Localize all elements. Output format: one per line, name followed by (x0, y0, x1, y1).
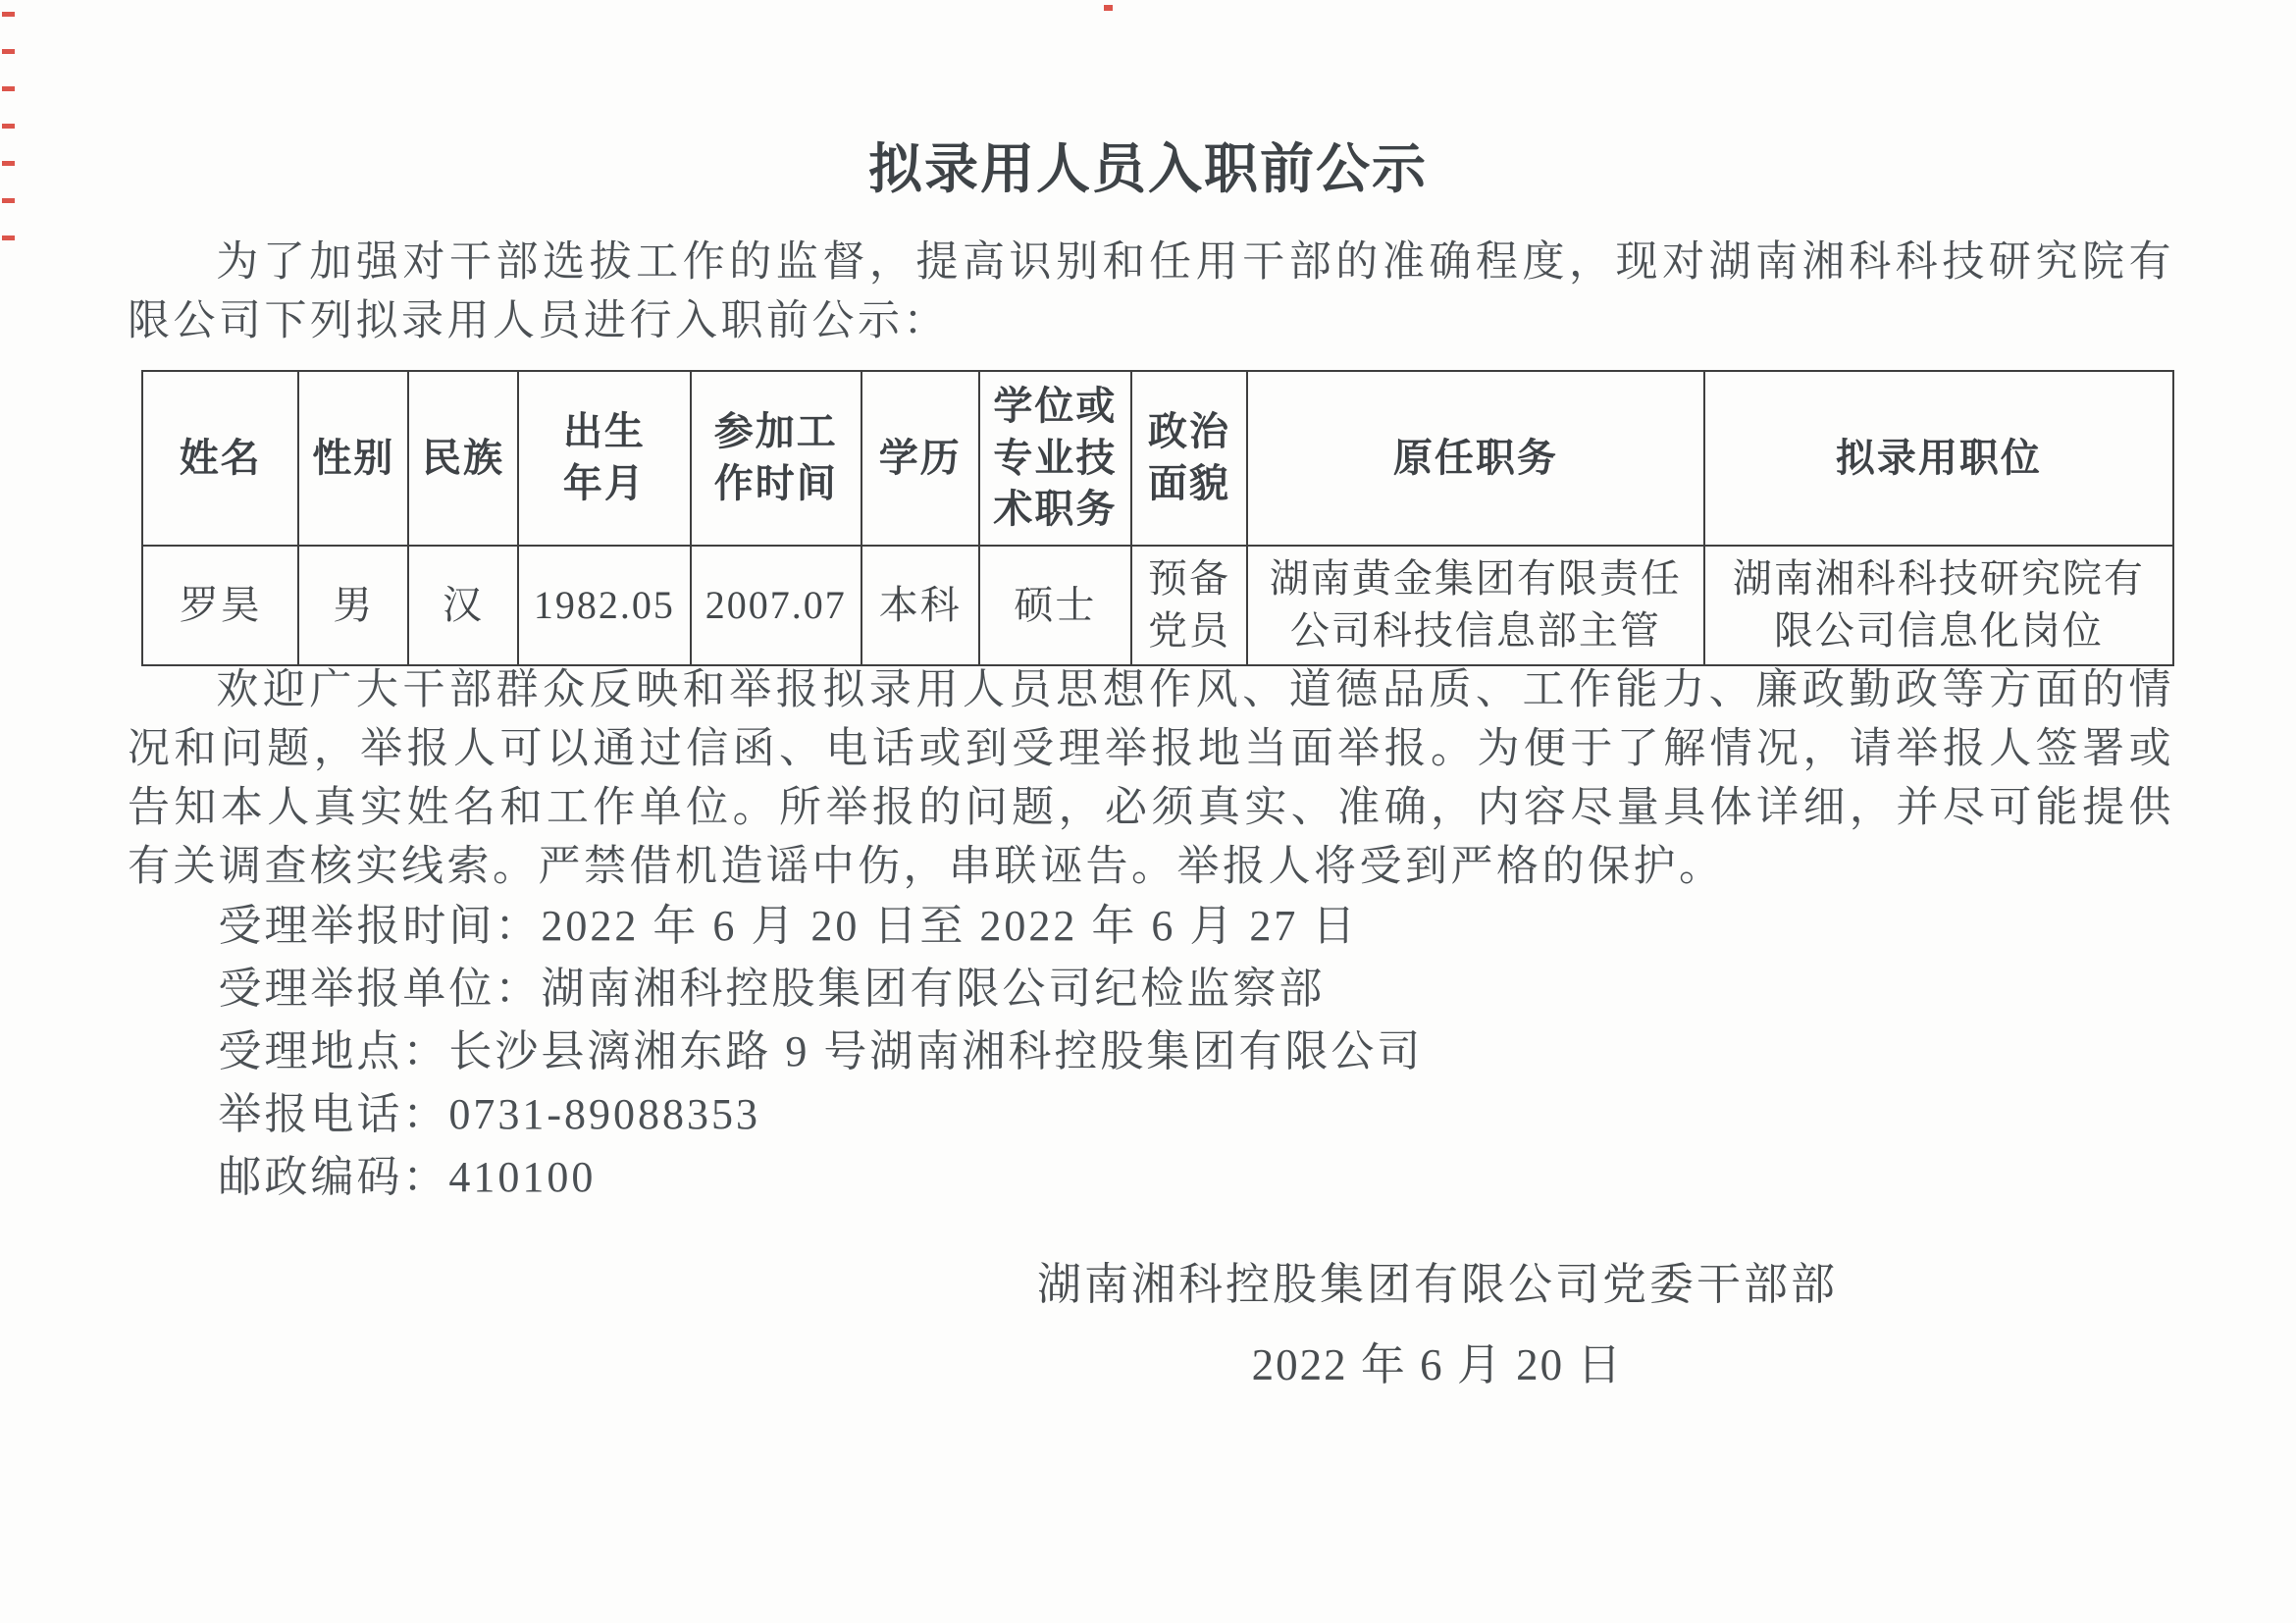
scan-artifact-dash (2, 236, 15, 240)
scan-artifact-dash (2, 49, 15, 54)
cell-education: 本科 (861, 546, 979, 665)
cell-proposed-position: 湖南湘科科技研究院有限公司信息化岗位 (1704, 546, 2173, 665)
cell-gender: 男 (298, 546, 408, 665)
header-degree: 学位或专业技术职务 (979, 371, 1131, 546)
signature-block: 湖南湘科控股集团有限公司党委干部部 2022 年 6 月 20 日 (579, 1256, 2296, 1393)
detail-postal-code: 邮政编码：410100 (128, 1146, 2174, 1209)
header-birth-date: 出生年月 (518, 371, 691, 546)
cell-ethnicity: 汉 (408, 546, 518, 665)
cell-degree: 硕士 (979, 546, 1131, 665)
header-political-status: 政治面貌 (1131, 371, 1247, 546)
detail-report-address: 受理地点：长沙县漓湘东路 9 号湖南湘科控股集团有限公司 (128, 1021, 2174, 1083)
cell-political-status: 预备党员 (1131, 546, 1247, 665)
header-education: 学历 (861, 371, 979, 546)
signature-date: 2022 年 6 月 20 日 (579, 1336, 2296, 1393)
header-proposed-position: 拟录用职位 (1704, 371, 2173, 546)
table-header-row: 姓名 性别 民族 出生年月 参加工作时间 学历 学位或专业技术职务 政治面貌 原… (142, 371, 2173, 546)
notice-paragraph: 欢迎广大干部群众反映和举报拟录用人员思想作风、道德品质、工作能力、廉政勤政等方面… (128, 661, 2174, 897)
scan-artifact-dash (2, 12, 15, 17)
header-former-position: 原任职务 (1247, 371, 1704, 546)
detail-report-phone: 举报电话：0731-89088353 (128, 1083, 2174, 1146)
header-work-start: 参加工作时间 (691, 371, 861, 546)
cell-name: 罗昊 (142, 546, 298, 665)
detail-report-unit: 受理举报单位：湖南湘科控股集团有限公司纪检监察部 (128, 958, 2174, 1021)
header-name: 姓名 (142, 371, 298, 546)
cell-birth-date: 1982.05 (518, 546, 691, 665)
document-page: 拟录用人员入职前公示 为了加强对干部选拔工作的监督，提高识别和任用干部的准确程度… (0, 0, 2296, 1623)
cell-work-start: 2007.07 (691, 546, 861, 665)
table-row: 罗昊 男 汉 1982.05 2007.07 本科 硕士 预备党员 湖南黄金集团… (142, 546, 2173, 665)
page-title: 拟录用人员入职前公示 (0, 126, 2296, 203)
cell-former-position: 湖南黄金集团有限责任公司科技信息部主管 (1247, 546, 1704, 665)
scan-artifact-tick (1104, 5, 1113, 11)
scan-artifact-dash (2, 86, 15, 91)
candidate-table: 姓名 性别 民族 出生年月 参加工作时间 学历 学位或专业技术职务 政治面貌 原… (141, 370, 2174, 666)
report-details: 受理举报时间：2022 年 6 月 20 日至 2022 年 6 月 27 日 … (128, 895, 2174, 1209)
header-ethnicity: 民族 (408, 371, 518, 546)
intro-paragraph: 为了加强对干部选拔工作的监督，提高识别和任用干部的准确程度，现对湖南湘科科技研究… (128, 234, 2174, 351)
detail-report-period: 受理举报时间：2022 年 6 月 20 日至 2022 年 6 月 27 日 (128, 895, 2174, 958)
signature-org: 湖南湘科控股集团有限公司党委干部部 (579, 1256, 2296, 1313)
header-gender: 性别 (298, 371, 408, 546)
